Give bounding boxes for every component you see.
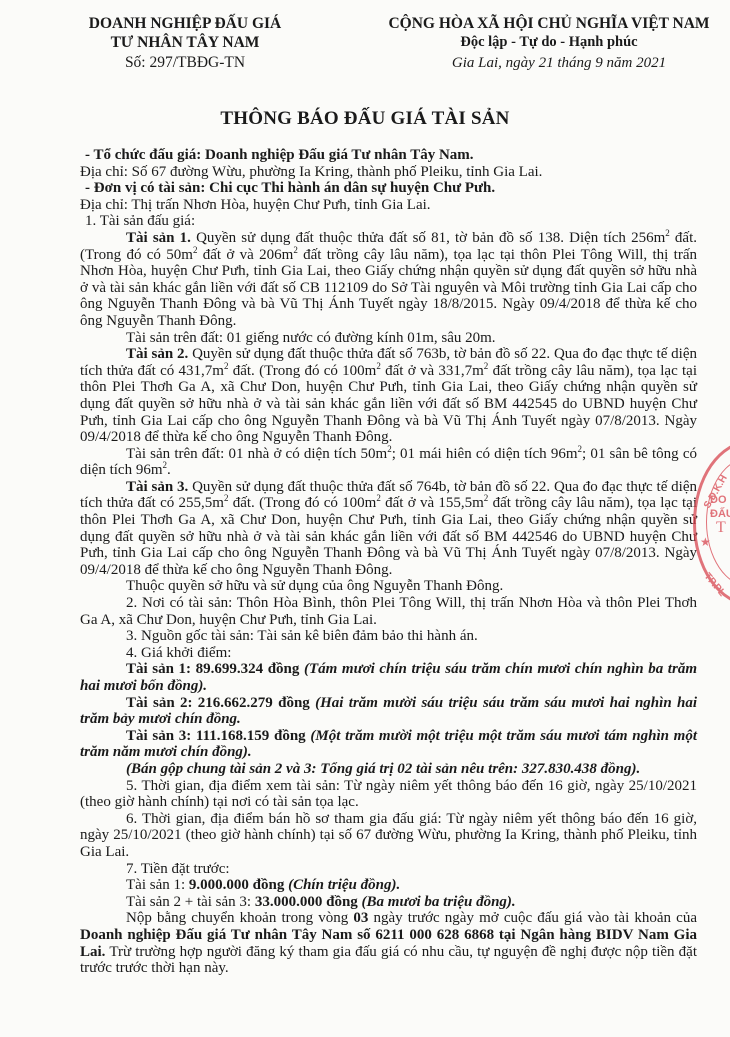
document-title: THÔNG BÁO ĐẤU GIÁ TÀI SẢN [0, 108, 730, 130]
starting-price-asset1: Tài sản 1: 89.699.324 đồng (Tám mươi chí… [80, 661, 697, 694]
starting-price-asset3: Tài sản 3: 111.168.159 đồng (Một trăm mư… [80, 728, 697, 761]
section3-origin: 3. Nguồn gốc tài sản: Tài sản kê biên đả… [80, 628, 697, 645]
star-icon: ★ [700, 535, 711, 550]
official-seal-stamp: S.Đ.K.H DO ĐẤU T TP.PL ★ [693, 440, 730, 606]
stamp-center-text: DO ĐẤU T [710, 493, 730, 535]
section2-location: 2. Nơi có tài sản: Thôn Hòa Bình, thôn P… [80, 595, 697, 628]
section4-heading: 4. Giá khởi điểm: [80, 645, 697, 662]
asset2-on-land: Tài sản trên đất: 01 nhà ở có diện tích … [80, 446, 697, 479]
issuer-name-line1: DOANH NGHIỆP ĐẤU GIÁ [60, 14, 310, 33]
ownership-statement: Thuộc quyền sở hữu và sử dụng của ông Ng… [80, 578, 697, 595]
asset2-paragraph: Tài sản 2. Quyền sử dụng đất thuộc thửa … [80, 346, 697, 446]
national-header: CỘNG HÒA XÃ HỘI CHỦ NGHĨA VIỆT NAM Độc l… [368, 14, 730, 73]
asset2-label: Tài sản 2. [126, 346, 188, 362]
document-page: DOANH NGHIỆP ĐẤU GIÁ TƯ NHÂN TÂY NAM Số:… [0, 0, 730, 1037]
section5-viewing: 5. Thời gian, địa điểm xem tài sản: Từ n… [80, 778, 697, 811]
asset3-paragraph: Tài sản 3. Quyền sử dụng đất thuộc thửa … [80, 479, 697, 579]
asset1-label: Tài sản 1. [126, 230, 191, 246]
combined-price-note: (Bán gộp chung tài sản 2 và 3: Tổng giá … [80, 761, 697, 778]
section7-heading: 7. Tiền đặt trước: [80, 861, 697, 878]
section1-heading: 1. Tài sản đấu giá: [80, 213, 697, 230]
starting-price-asset2: Tài sản 2: 216.662.279 đồng (Hai trăm mư… [80, 695, 697, 728]
asset1-on-land: Tài sản trên đất: 01 giếng nước có đường… [80, 330, 697, 347]
section6-documents: 6. Thời gian, địa điểm bán hồ sơ tham gi… [80, 811, 697, 861]
organizer-line: - Tổ chức đấu giá: Doanh nghiệp Đấu giá … [80, 147, 697, 164]
deposit-asset1: Tài sản 1: 9.000.000 đồng (Chín triệu đồ… [80, 877, 697, 894]
payment-instructions: Nộp bằng chuyển khoản trong vòng 03 ngày… [80, 910, 697, 976]
asset3-label: Tài sản 3. [126, 479, 188, 495]
place-date: Gia Lai, ngày 21 tháng 9 năm 2021 [368, 54, 730, 73]
issuer-name-line2: TƯ NHÂN TÂY NAM [60, 33, 310, 52]
organizer-address: Địa chỉ: Số 67 đường Wừu, phường Ia Krin… [80, 164, 697, 181]
owner-unit-address: Địa chỉ: Thị trấn Nhơn Hòa, huyện Chư Pư… [80, 197, 697, 214]
owner-unit-line: - Đơn vị có tài sản: Chi cục Thi hành án… [80, 180, 697, 197]
issuer-header: DOANH NGHIỆP ĐẤU GIÁ TƯ NHÂN TÂY NAM Số:… [60, 14, 310, 72]
deposit-asset2-3: Tài sản 2 + tài sản 3: 33.000.000 đồng (… [80, 894, 697, 911]
nation-name: CỘNG HÒA XÃ HỘI CHỦ NGHĨA VIỆT NAM [368, 14, 730, 33]
stamp-bottom-text: TP.PL [702, 571, 728, 599]
document-number: Số: 297/TBĐG-TN [60, 53, 310, 72]
document-body: - Tổ chức đấu giá: Doanh nghiệp Đấu giá … [80, 147, 697, 977]
asset1-paragraph: Tài sản 1. Quyền sử dụng đất thuộc thửa … [80, 230, 697, 330]
national-motto: Độc lập - Tự do - Hạnh phúc [368, 33, 730, 52]
